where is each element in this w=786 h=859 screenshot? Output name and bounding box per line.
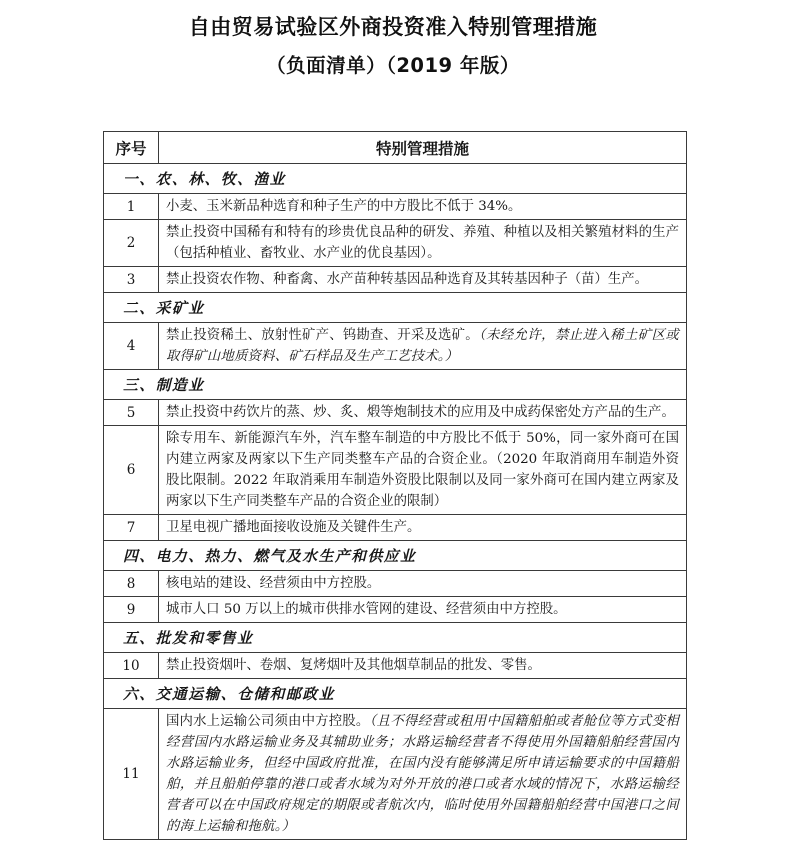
measure-cell: 卫星电视广播地面接收设施及关键件生产。 (159, 515, 687, 541)
section-row: 五、批发和零售业 (104, 623, 687, 653)
row-number: 3 (104, 267, 159, 293)
column-header-measure: 特别管理措施 (159, 132, 687, 164)
measures-table: 序号 特别管理措施 一、农、林、牧、渔业1小麦、玉米新品种选育和种子生产的中方股… (103, 131, 687, 840)
measure-cell: 禁止投资中国稀有和特有的珍贵优良品种的研发、养殖、种植以及相关繁殖材料的生产（包… (159, 220, 687, 267)
measure-cell: 城市人口 50 万以上的城市供排水管网的建设、经营须由中方控股。 (159, 597, 687, 623)
measure-row: 1小麦、玉米新品种选育和种子生产的中方股比不低于 34%。 (104, 194, 687, 220)
section-row: 六、交通运输、仓储和邮政业 (104, 679, 687, 709)
measure-text: 小麦、玉米新品种选育和种子生产的中方股比不低于 34%。 (166, 199, 521, 214)
measure-cell: 禁止投资农作物、种畜禽、水产苗种转基因品种选育及其转基因种子（苗）生产。 (159, 267, 687, 293)
measure-cell: 禁止投资中药饮片的蒸、炒、炙、煅等炮制技术的应用及中成药保密处方产品的生产。 (159, 400, 687, 426)
row-number: 2 (104, 220, 159, 267)
row-number: 10 (104, 653, 159, 679)
measure-cell: 禁止投资烟叶、卷烟、复烤烟叶及其他烟草制品的批发、零售。 (159, 653, 687, 679)
measures-table-body: 一、农、林、牧、渔业1小麦、玉米新品种选育和种子生产的中方股比不低于 34%。2… (104, 164, 687, 840)
measure-text: 城市人口 50 万以上的城市供排水管网的建设、经营须由中方控股。 (166, 602, 567, 617)
row-number: 4 (104, 323, 159, 370)
row-number: 5 (104, 400, 159, 426)
section-title: 二、采矿业 (104, 293, 687, 323)
row-number: 8 (104, 571, 159, 597)
section-title: 六、交通运输、仓储和邮政业 (104, 679, 687, 709)
measure-note-text: （且不得经营或租用中国籍船舶或者舱位等方式变相经营国内水路运输业务及其辅助业务；… (166, 714, 679, 834)
section-row: 三、制造业 (104, 370, 687, 400)
measure-row: 11国内水上运输公司须由中方控股。（且不得经营或租用中国籍船舶或者舱位等方式变相… (104, 709, 687, 840)
table-header-row: 序号 特别管理措施 (104, 132, 687, 164)
measure-cell: 国内水上运输公司须由中方控股。（且不得经营或租用中国籍船舶或者舱位等方式变相经营… (159, 709, 687, 840)
measure-row: 5禁止投资中药饮片的蒸、炒、炙、煅等炮制技术的应用及中成药保密处方产品的生产。 (104, 400, 687, 426)
section-row: 一、农、林、牧、渔业 (104, 164, 687, 194)
document-page: 自由贸易试验区外商投资准入特别管理措施 （负面清单）（2019 年版） 序号 特… (0, 0, 786, 859)
measure-cell: 核电站的建设、经营须由中方控股。 (159, 571, 687, 597)
measure-text: 国内水上运输公司须由中方控股。 (166, 714, 369, 729)
measure-row: 3禁止投资农作物、种畜禽、水产苗种转基因品种选育及其转基因种子（苗）生产。 (104, 267, 687, 293)
measure-cell: 除专用车、新能源汽车外，汽车整车制造的中方股比不低于 50%，同一家外商可在国内… (159, 426, 687, 515)
document-title: 自由贸易试验区外商投资准入特别管理措施 (0, 0, 786, 40)
measure-text: 禁止投资中药饮片的蒸、炒、炙、煅等炮制技术的应用及中成药保密处方产品的生产。 (166, 405, 675, 420)
measure-row: 7卫星电视广播地面接收设施及关键件生产。 (104, 515, 687, 541)
section-title: 三、制造业 (104, 370, 687, 400)
section-title: 五、批发和零售业 (104, 623, 687, 653)
measure-row: 8核电站的建设、经营须由中方控股。 (104, 571, 687, 597)
column-header-index: 序号 (104, 132, 159, 164)
measure-cell: 小麦、玉米新品种选育和种子生产的中方股比不低于 34%。 (159, 194, 687, 220)
measure-cell: 禁止投资稀土、放射性矿产、钨勘查、开采及选矿。（未经允许，禁止进入稀土矿区或取得… (159, 323, 687, 370)
row-number: 1 (104, 194, 159, 220)
measure-row: 6除专用车、新能源汽车外，汽车整车制造的中方股比不低于 50%，同一家外商可在国… (104, 426, 687, 515)
measure-text: 核电站的建设、经营须由中方控股。 (166, 576, 380, 591)
measure-text: 禁止投资烟叶、卷烟、复烤烟叶及其他烟草制品的批发、零售。 (166, 658, 541, 673)
section-title: 一、农、林、牧、渔业 (104, 164, 687, 194)
measure-text: 卫星电视广播地面接收设施及关键件生产。 (166, 520, 420, 535)
measure-row: 9城市人口 50 万以上的城市供排水管网的建设、经营须由中方控股。 (104, 597, 687, 623)
measure-row: 10禁止投资烟叶、卷烟、复烤烟叶及其他烟草制品的批发、零售。 (104, 653, 687, 679)
row-number: 11 (104, 709, 159, 840)
measure-text: 除专用车、新能源汽车外，汽车整车制造的中方股比不低于 50%，同一家外商可在国内… (166, 431, 679, 509)
section-title: 四、电力、热力、燃气及水生产和供应业 (104, 541, 687, 571)
document-subtitle: （负面清单）（2019 年版） (0, 53, 786, 78)
row-number: 7 (104, 515, 159, 541)
measure-text: 禁止投资农作物、种畜禽、水产苗种转基因品种选育及其转基因种子（苗）生产。 (166, 272, 648, 287)
row-number: 6 (104, 426, 159, 515)
measure-text: 禁止投资中国稀有和特有的珍贵优良品种的研发、养殖、种植以及相关繁殖材料的生产（包… (166, 225, 679, 261)
section-row: 二、采矿业 (104, 293, 687, 323)
section-row: 四、电力、热力、燃气及水生产和供应业 (104, 541, 687, 571)
measure-row: 2禁止投资中国稀有和特有的珍贵优良品种的研发、养殖、种植以及相关繁殖材料的生产（… (104, 220, 687, 267)
measure-row: 4禁止投资稀土、放射性矿产、钨勘查、开采及选矿。（未经允许，禁止进入稀土矿区或取… (104, 323, 687, 370)
measure-text: 禁止投资稀土、放射性矿产、钨勘查、开采及选矿。 (166, 328, 479, 343)
row-number: 9 (104, 597, 159, 623)
